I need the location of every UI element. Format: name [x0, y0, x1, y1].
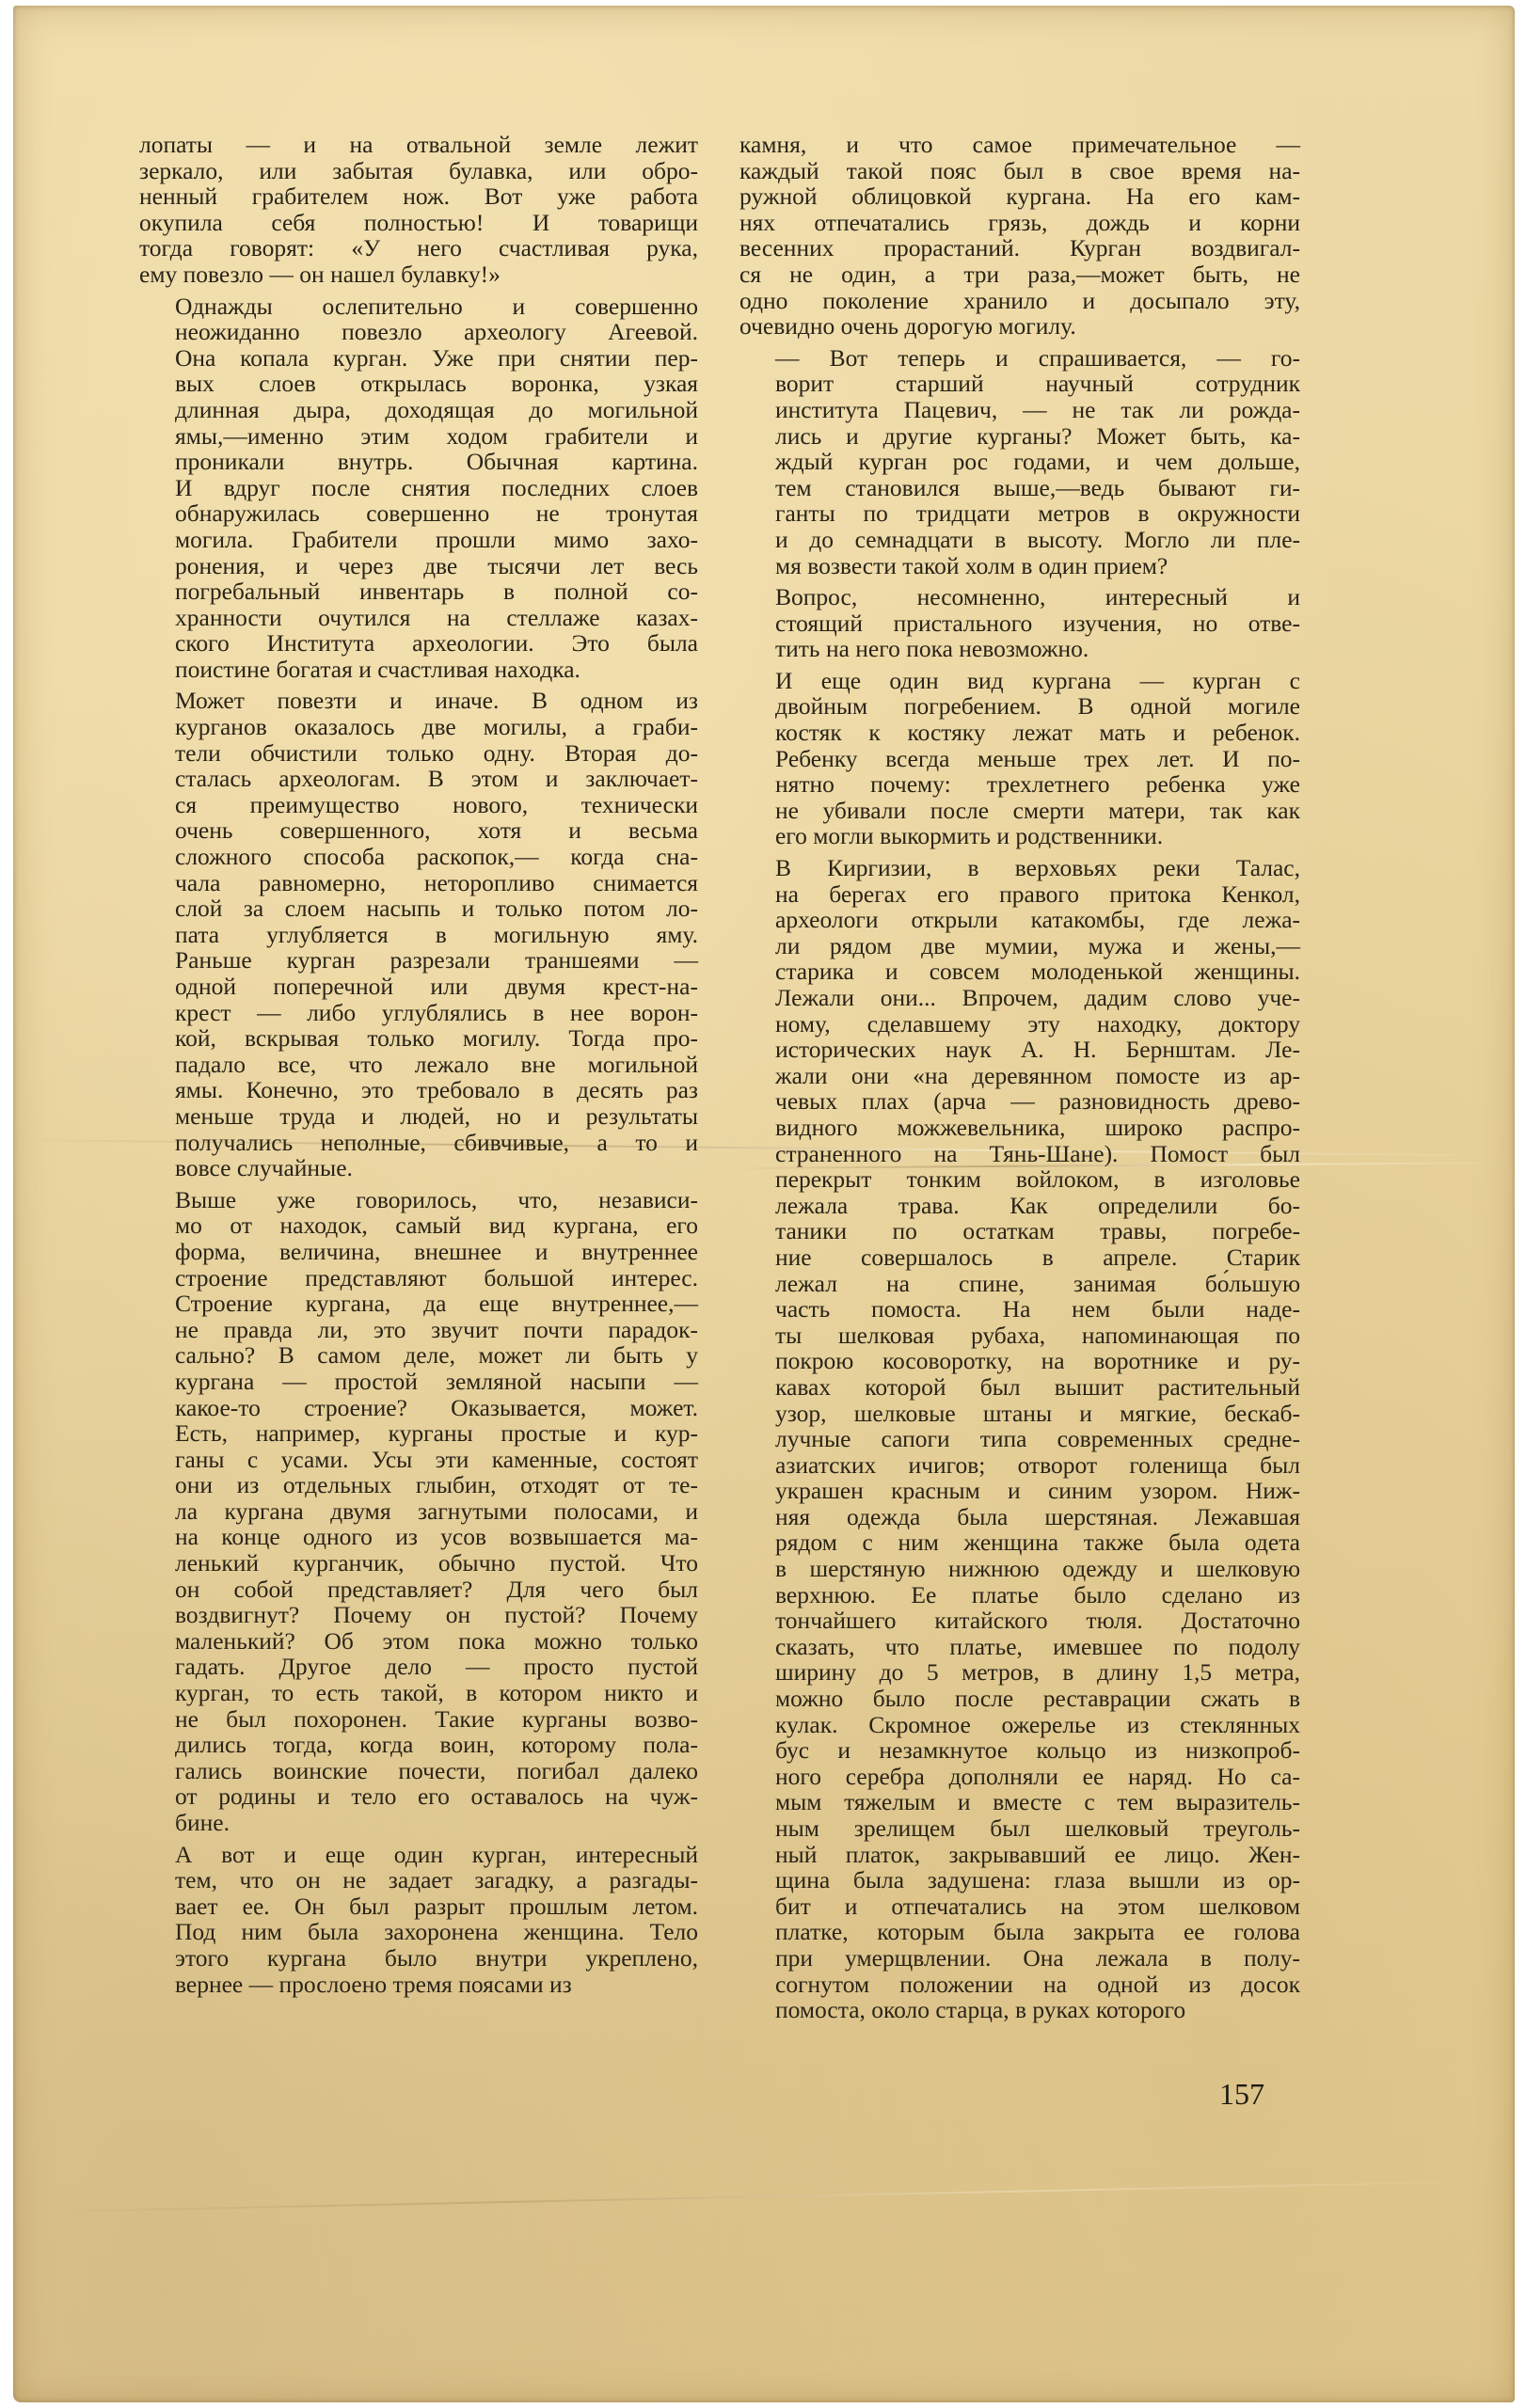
text-line: платке, которым была закрыта ее голова — [739, 1919, 1300, 1945]
paragraph: В Киргизии, в верховьях реки Талас,на бе… — [739, 855, 1300, 2023]
text-line: ного серебра дополняли ее наряд. Но са- — [739, 1764, 1300, 1790]
text-line: нях отпечатались грязь, дождь и корни — [739, 210, 1300, 236]
text-line: помоста, около старца, в руках которого — [739, 1997, 1300, 2023]
text-line: лежал на спине, занимая бо́льшую — [739, 1271, 1300, 1297]
right-text-column: камня, и что самое примечательное —кажды… — [739, 132, 1300, 2029]
text-line: проникали внутрь. Обычная картина. — [139, 449, 698, 475]
text-line: его могли выкормить и родственники. — [739, 823, 1300, 849]
text-line: он собой представляет? Для чего был — [139, 1576, 698, 1603]
text-line: от родины и тело его оставалось на чуж- — [139, 1783, 698, 1810]
text-line: вернее — прослоено тремя поясами из — [139, 1972, 698, 1998]
text-line: кой, вскрывая только могилу. Тогда про- — [139, 1025, 698, 1052]
text-line: вых слоев открылась воронка, узкая — [139, 371, 698, 397]
text-line: хранности очутился на стеллаже казах- — [139, 605, 698, 631]
text-line: каждый такой пояс был в свое время на- — [739, 158, 1300, 184]
text-line: щина была задушена: глаза вышли из ор- — [739, 1867, 1300, 1893]
text-line: могила. Грабители прошли мимо захо- — [139, 527, 698, 553]
text-line: неожиданно повезло археологу Агеевой. — [139, 319, 698, 345]
text-line: строение представляют большой интерес. — [139, 1265, 698, 1291]
text-line: старика и совсем молоденькой женщины. — [739, 958, 1300, 985]
text-line: няя одежда была шерстяная. Лежавшая — [739, 1504, 1300, 1530]
text-line: мя возвести такой холм в один прием? — [739, 553, 1300, 579]
text-line: окупила себя полностью! И товарищи — [139, 210, 698, 236]
text-line: исторических наук А. Н. Бернштам. Ле- — [739, 1037, 1300, 1063]
paragraph: Может повезти и иначе. В одном изкургано… — [139, 688, 698, 1180]
text-line: ным зрелищем был шелковый треуголь- — [739, 1815, 1300, 1842]
paragraph: Однажды ослепительно и совершеннонеожида… — [139, 293, 698, 683]
text-line: Вопрос, несомненно, интересный и — [739, 584, 1300, 610]
text-line: не был похоронен. Такие курганы возво- — [139, 1706, 698, 1733]
text-line: они из отдельных глыбин, отходят от те- — [139, 1472, 698, 1498]
text-line: ганы с усами. Усы эти каменные, состоят — [139, 1447, 698, 1473]
text-line: ждый курган рос годами, и чем дольше, — [739, 449, 1300, 475]
text-line: Она копала курган. Уже при снятии пер- — [139, 345, 698, 372]
text-line: узор, шелковые штаны и мягкие, бескаб- — [739, 1401, 1300, 1427]
text-line: ла кургана двумя загнутыми полосами, и — [139, 1498, 698, 1525]
text-line: кургана — простой земляной насыпи — — [139, 1369, 698, 1395]
text-line: этого кургана было внутри укреплено, — [139, 1945, 698, 1972]
text-line: погребальный инвентарь в полной со- — [139, 578, 698, 605]
text-line: вовсе случайные. — [139, 1155, 698, 1181]
text-line: украшен красным и синим узором. Ниж- — [739, 1478, 1300, 1504]
text-line: И еще один вид кургана — курган с — [739, 668, 1300, 694]
text-line: согнутом положении на одной из досок — [739, 1972, 1300, 1998]
text-line: ружной облицовкой кургана. На его кам- — [739, 183, 1300, 210]
text-line: при умерщвлении. Она лежала в полу- — [739, 1945, 1300, 1972]
text-line: падало все, что лежало вне могильной — [139, 1052, 698, 1078]
text-line: слой за слоем насыпь и только потом ло- — [139, 895, 698, 922]
text-line: Выше уже говорилось, что, независи- — [139, 1187, 698, 1213]
text-line: часть помоста. На нем были наде- — [739, 1296, 1300, 1323]
text-line: тогда говорят: «У него счастливая рука, — [139, 235, 698, 261]
text-line: весенних прорастаний. Курган воздвигал- — [739, 235, 1300, 261]
text-line: одно поколение хранило и досыпало эту, — [739, 288, 1300, 314]
text-line: чала равномерно, неторопливо снимается — [139, 870, 698, 896]
text-line: двойным погребением. В одной могиле — [739, 693, 1300, 720]
text-line: на берегах его правого притока Кенкол, — [739, 881, 1300, 908]
text-line: страненного на Тянь-Шане). Помост был — [739, 1141, 1300, 1167]
text-line: крест — либо углублялись в нее ворон- — [139, 1000, 698, 1026]
paragraph: А вот и еще один курган, интересныйтем, … — [139, 1842, 698, 1998]
text-line: перекрыт тонким войлоком, в изголовье — [739, 1166, 1300, 1193]
text-line: тить на него пока невозможно. — [739, 636, 1300, 662]
text-line: ся не один, а три раза,—может быть, не — [739, 261, 1300, 288]
paragraph: камня, и что самое примечательное —кажды… — [739, 132, 1300, 340]
text-line: покрою косоворотку, на воротнике и ру- — [739, 1348, 1300, 1374]
text-line: и до семнадцати в высоту. Могло ли пле- — [739, 527, 1300, 553]
text-line: Однажды ослепительно и совершенно — [139, 293, 698, 320]
text-line: И вдруг после снятия последних слоев — [139, 475, 698, 501]
text-line: А вот и еще один курган, интересный — [139, 1842, 698, 1868]
text-line: пата углубляется в могильную яму. — [139, 922, 698, 948]
text-line: сложного способа раскопок,— когда сна- — [139, 844, 698, 870]
text-line: какое-то строение? Оказывается, может. — [139, 1395, 698, 1421]
text-line: ского Института археологии. Это была — [139, 630, 698, 657]
text-line: бус и незамкнутое кольцо из низкопроб- — [739, 1737, 1300, 1764]
text-line: Ребенку всегда меньше трех лет. И по- — [739, 746, 1300, 772]
text-line: азиатских ичигов; отворот голенища был — [739, 1452, 1300, 1479]
text-line: ямы,—именно этим ходом грабители и — [139, 423, 698, 450]
text-line: на конце одного из усов возвышается ма- — [139, 1524, 698, 1550]
text-line: получались неполные, сбивчивые, а то и — [139, 1130, 698, 1156]
paragraph: лопаты — и на отвальной земле лежитзерка… — [139, 132, 698, 288]
text-line: мо от находок, самый вид кургана, его — [139, 1212, 698, 1239]
text-line: обнаружилась совершенно не тронутая — [139, 500, 698, 527]
text-line: чевых плах (арча — разновидность древо- — [739, 1088, 1300, 1115]
text-line: ширину до 5 метров, в длину 1,5 метра, — [739, 1659, 1300, 1686]
text-line: ронения, и через две тысячи лет весь — [139, 553, 698, 579]
text-line: в шерстяную нижнюю одежду и шелковую — [739, 1556, 1300, 1582]
text-line: кулак. Скромное ожерелье из стеклянных — [739, 1712, 1300, 1738]
text-line: Раньше курган разрезали траншеями — — [139, 947, 698, 974]
text-line: бине. — [139, 1810, 698, 1836]
text-line: жали они «на деревянном помосте из ар- — [739, 1063, 1300, 1089]
text-line: ленький курганчик, обычно пустой. Что — [139, 1550, 698, 1576]
text-line: мым тяжелым и вместе с тем выразитель- — [739, 1789, 1300, 1815]
left-text-column: лопаты — и на отвальной земле лежитзерка… — [139, 132, 698, 2003]
text-line: воздвигнут? Почему он пустой? Почему — [139, 1602, 698, 1628]
paragraph: Выше уже говорилось, что, независи-мо от… — [139, 1187, 698, 1836]
text-line: не убивали после смерти матери, так как — [739, 798, 1300, 824]
text-line: стоящий пристального изучения, но отве- — [739, 610, 1300, 637]
text-line: Лежали они... Впрочем, дадим слово уче- — [739, 985, 1300, 1011]
text-line: курган, то есть такой, в котором никто и — [139, 1680, 698, 1706]
text-line: не правда ли, это звучит почти парадок- — [139, 1317, 698, 1343]
text-line: костяк к костяку лежат мать и ребенок. — [739, 720, 1300, 746]
text-line: одной поперечной или двумя крест-на- — [139, 974, 698, 1000]
text-line: ямы. Конечно, это требовало в десять раз — [139, 1077, 698, 1103]
text-line: можно было после реставрации сжать в — [739, 1686, 1300, 1712]
text-line: лись и другие курганы? Может быть, ка- — [739, 423, 1300, 450]
text-line: — Вот теперь и спрашивается, — го- — [739, 345, 1300, 372]
text-line: сально? В самом деле, может ли быть у — [139, 1342, 698, 1369]
text-line: археологи открыли катакомбы, где лежа- — [739, 907, 1300, 933]
text-line: очень совершенного, хотя и весьма — [139, 817, 698, 844]
text-line: сказать, что платье, имевшее по подолу — [739, 1634, 1300, 1660]
text-line: тончайшего китайского тюля. Достаточно — [739, 1608, 1300, 1634]
text-line: Под ним была захоронена женщина. Тело — [139, 1919, 698, 1945]
text-line: тем, что он не задает загадку, а разгады… — [139, 1867, 698, 1893]
text-line: зеркало, или забытая булавка, или обро- — [139, 158, 698, 184]
text-line: Строение кургана, да еще внутреннее,— — [139, 1291, 698, 1317]
text-line: лежала трава. Как определили бо- — [739, 1193, 1300, 1219]
text-line: форма, величина, внешнее и внутреннее — [139, 1239, 698, 1265]
text-line: нятно почему: трехлетнего ребенка уже — [739, 771, 1300, 798]
text-line: ты шелковая рубаха, напоминающая по — [739, 1323, 1300, 1349]
text-line: Может повезти и иначе. В одном из — [139, 688, 698, 714]
paragraph: — Вот теперь и спрашивается, — го-ворит … — [739, 345, 1300, 578]
text-line: таники по остаткам травы, погребе- — [739, 1218, 1300, 1244]
text-line: ному, сделавшему эту находку, доктору — [739, 1011, 1300, 1038]
text-line: маленький? Об этом пока можно только — [139, 1628, 698, 1655]
text-line: поистине богатая и счастливая находка. — [139, 657, 698, 683]
page-number: 157 — [1219, 2077, 1264, 2112]
text-line: дились тогда, когда воин, которому пола- — [139, 1732, 698, 1758]
text-line: кавах которой был вышит растительный — [739, 1374, 1300, 1401]
text-line: ганты по тридцати метров в окружности — [739, 500, 1300, 527]
text-line: верхнюю. Ее платье было сделано из — [739, 1582, 1300, 1608]
text-line: длинная дыра, доходящая до могильной — [139, 397, 698, 423]
text-line: ся преимущество нового, технически — [139, 792, 698, 818]
text-line: лучные сапоги типа современных средне- — [739, 1426, 1300, 1452]
text-line: рядом с ним женщина также была одета — [739, 1529, 1300, 1556]
paragraph: И еще один вид кургана — курган сдвойным… — [739, 668, 1300, 849]
text-line: института Пацевич, — не так ли рожда- — [739, 397, 1300, 423]
text-line: гадать. Другое дело — просто пустой — [139, 1654, 698, 1680]
text-line: бит и отпечатались на этом шелковом — [739, 1893, 1300, 1920]
text-line: ему повезло — он нашел булавку!» — [139, 261, 698, 288]
text-line: ние совершалось в апреле. Старик — [739, 1244, 1300, 1271]
text-line: курганов оказалось две могилы, а граби- — [139, 714, 698, 740]
text-line: ненный грабителем нож. Вот уже работа — [139, 183, 698, 210]
text-line: тем становился выше,—ведь бывают ги- — [739, 475, 1300, 501]
text-line: меньше труда и людей, но и результаты — [139, 1103, 698, 1130]
paper-crease — [13, 2180, 1515, 2213]
text-line: гались воинские почести, погибал далеко — [139, 1758, 698, 1784]
text-line: вает ее. Он был разрыт прошлым летом. — [139, 1893, 698, 1920]
text-line: В Киргизии, в верховьях реки Талас, — [739, 855, 1300, 881]
text-line: Есть, например, курганы простые и кур- — [139, 1420, 698, 1447]
text-line: камня, и что самое примечательное — — [739, 132, 1300, 158]
paragraph: Вопрос, несомненно, интересный истоящий … — [739, 584, 1300, 662]
text-line: ворит старший научный сотрудник — [739, 371, 1300, 397]
text-line: очевидно очень дорогую могилу. — [739, 313, 1300, 340]
text-line: видного можжевельника, широко распро- — [739, 1115, 1300, 1141]
text-line: тели обчистили только одну. Вторая до- — [139, 740, 698, 767]
text-line: сталась археологам. В этом и заключает- — [139, 766, 698, 792]
text-line: ли рядом две мумии, мужа и жены,— — [739, 933, 1300, 959]
text-line: лопаты — и на отвальной земле лежит — [139, 132, 698, 158]
text-line: ный платок, закрывавший ее лицо. Жен- — [739, 1842, 1300, 1868]
